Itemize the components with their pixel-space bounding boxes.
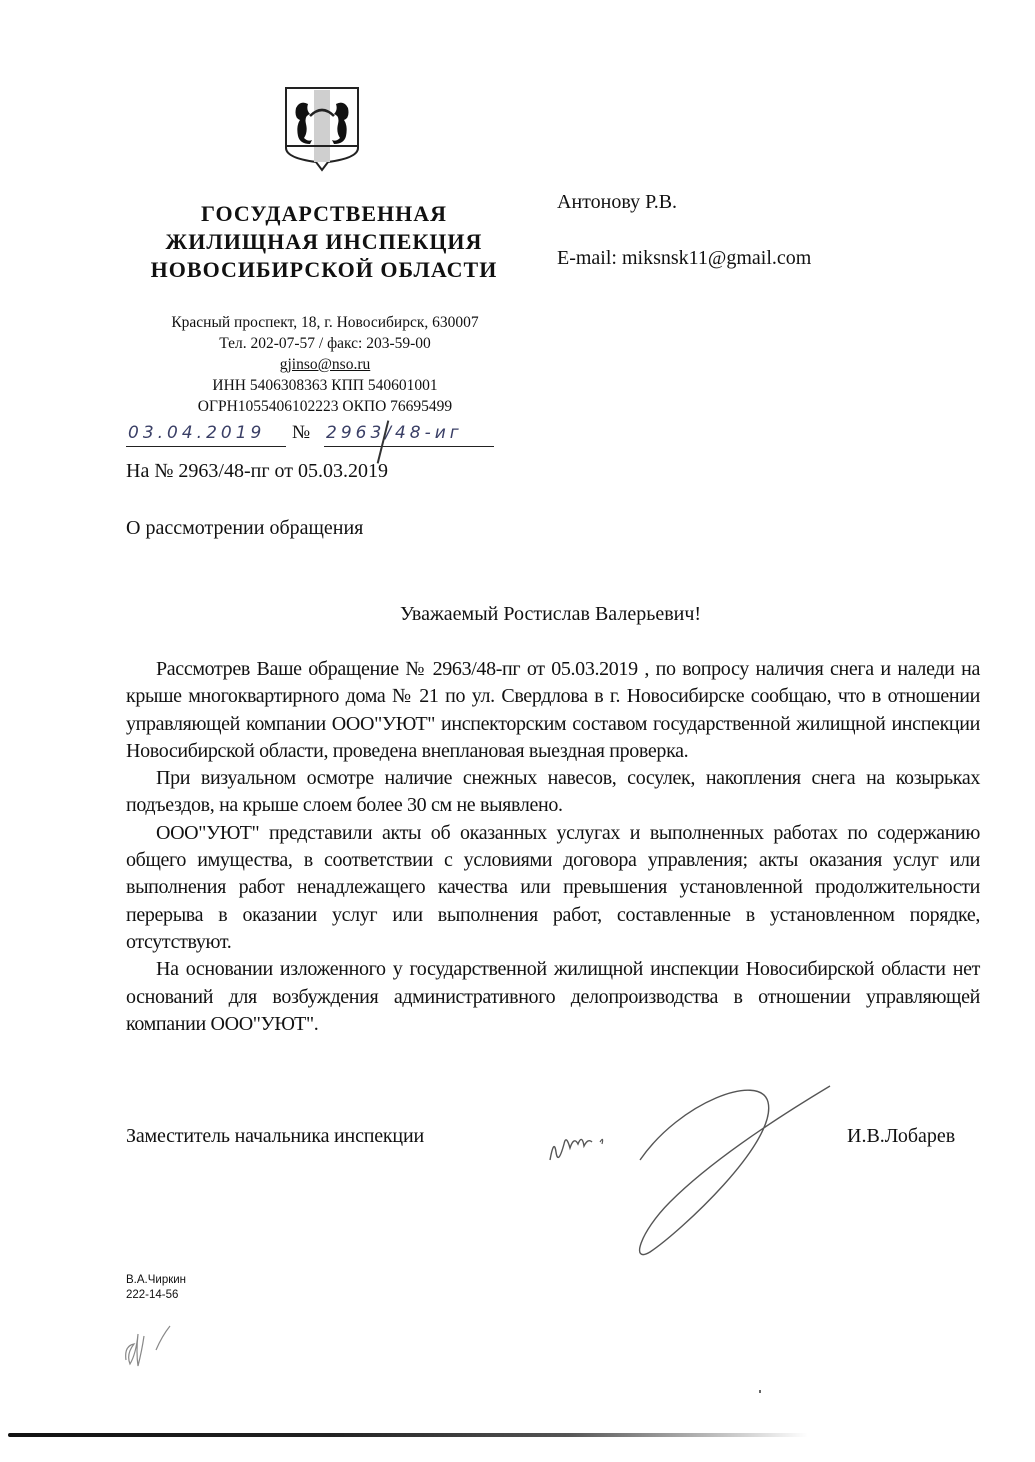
number-sign: №	[292, 422, 310, 444]
letter-body: Рассмотрев Ваше обращение № 2963/48-пг о…	[126, 656, 980, 1038]
scan-speck	[759, 1390, 761, 1393]
org-name-line-3: НОВОСИБИРСКОЙ ОБЛАСТИ	[124, 256, 524, 284]
body-paragraph-1: Рассмотрев Ваше обращение № 2963/48-пг о…	[126, 656, 980, 765]
scan-edge-shadow	[8, 1433, 808, 1437]
body-paragraph-4: На основании изложенного у государственн…	[126, 956, 980, 1038]
organization-name: ГОСУДАРСТВЕННАЯ ЖИЛИЩНАЯ ИНСПЕКЦИЯ НОВОС…	[124, 200, 524, 284]
handwritten-signature-icon	[530, 1082, 850, 1262]
handwritten-initials-icon	[118, 1320, 188, 1370]
org-email-link[interactable]: gjinso@nso.ru	[280, 356, 371, 373]
body-paragraph-2: При визуальном осмотре наличие снежных н…	[126, 765, 980, 820]
org-name-line-2: ЖИЛИЩНАЯ ИНСПЕКЦИЯ	[124, 228, 524, 256]
recipient-name: Антонову Р.В.	[557, 188, 811, 216]
outgoing-number-handwritten: 2963/48-иг	[326, 423, 463, 443]
recipient-block: Антонову Р.В. E-mail: miksnsk11@gmail.co…	[557, 188, 811, 272]
signatory-position: Заместитель начальника инспекции	[126, 1125, 424, 1148]
executor-name: В.А.Чиркин	[126, 1273, 186, 1288]
recipient-email: E-mail: miksnsk11@gmail.com	[557, 244, 811, 272]
executor-phone: 222-14-56	[126, 1288, 186, 1303]
outgoing-number-field: 2963/48-иг	[324, 424, 494, 447]
executor-block: В.А.Чиркин 222-14-56	[126, 1273, 186, 1303]
org-ogrn-okpo: ОГРН1055406102223 ОКПО 76695499	[120, 396, 530, 417]
outgoing-date-field: 03.04.2019	[126, 424, 286, 447]
signatory-name: И.В.Лобарев	[847, 1125, 955, 1148]
outgoing-date-handwritten: 03.04.2019	[128, 423, 265, 443]
org-name-line-1: ГОСУДАРСТВЕННАЯ	[124, 200, 524, 228]
org-phone-fax: Тел. 202-07-57 / факс: 203-59-00	[120, 333, 530, 354]
coat-of-arms-icon	[284, 86, 360, 172]
reply-reference: На № 2963/48-пг от 05.03.2019	[126, 460, 388, 483]
salutation: Уважаемый Ростислав Валерьевич!	[400, 603, 701, 626]
org-inn-kpp: ИНН 5406308363 КПП 540601001	[120, 375, 530, 396]
letter-subject: О рассмотрении обращения	[126, 517, 363, 540]
org-address: Красный проспект, 18, г. Новосибирск, 63…	[120, 312, 530, 333]
outgoing-registration: 03.04.2019 № 2963/48-иг	[126, 420, 546, 450]
organization-contacts: Красный проспект, 18, г. Новосибирск, 63…	[120, 312, 530, 417]
body-paragraph-3: ООО"УЮТ" представили акты об оказанных у…	[126, 820, 980, 956]
